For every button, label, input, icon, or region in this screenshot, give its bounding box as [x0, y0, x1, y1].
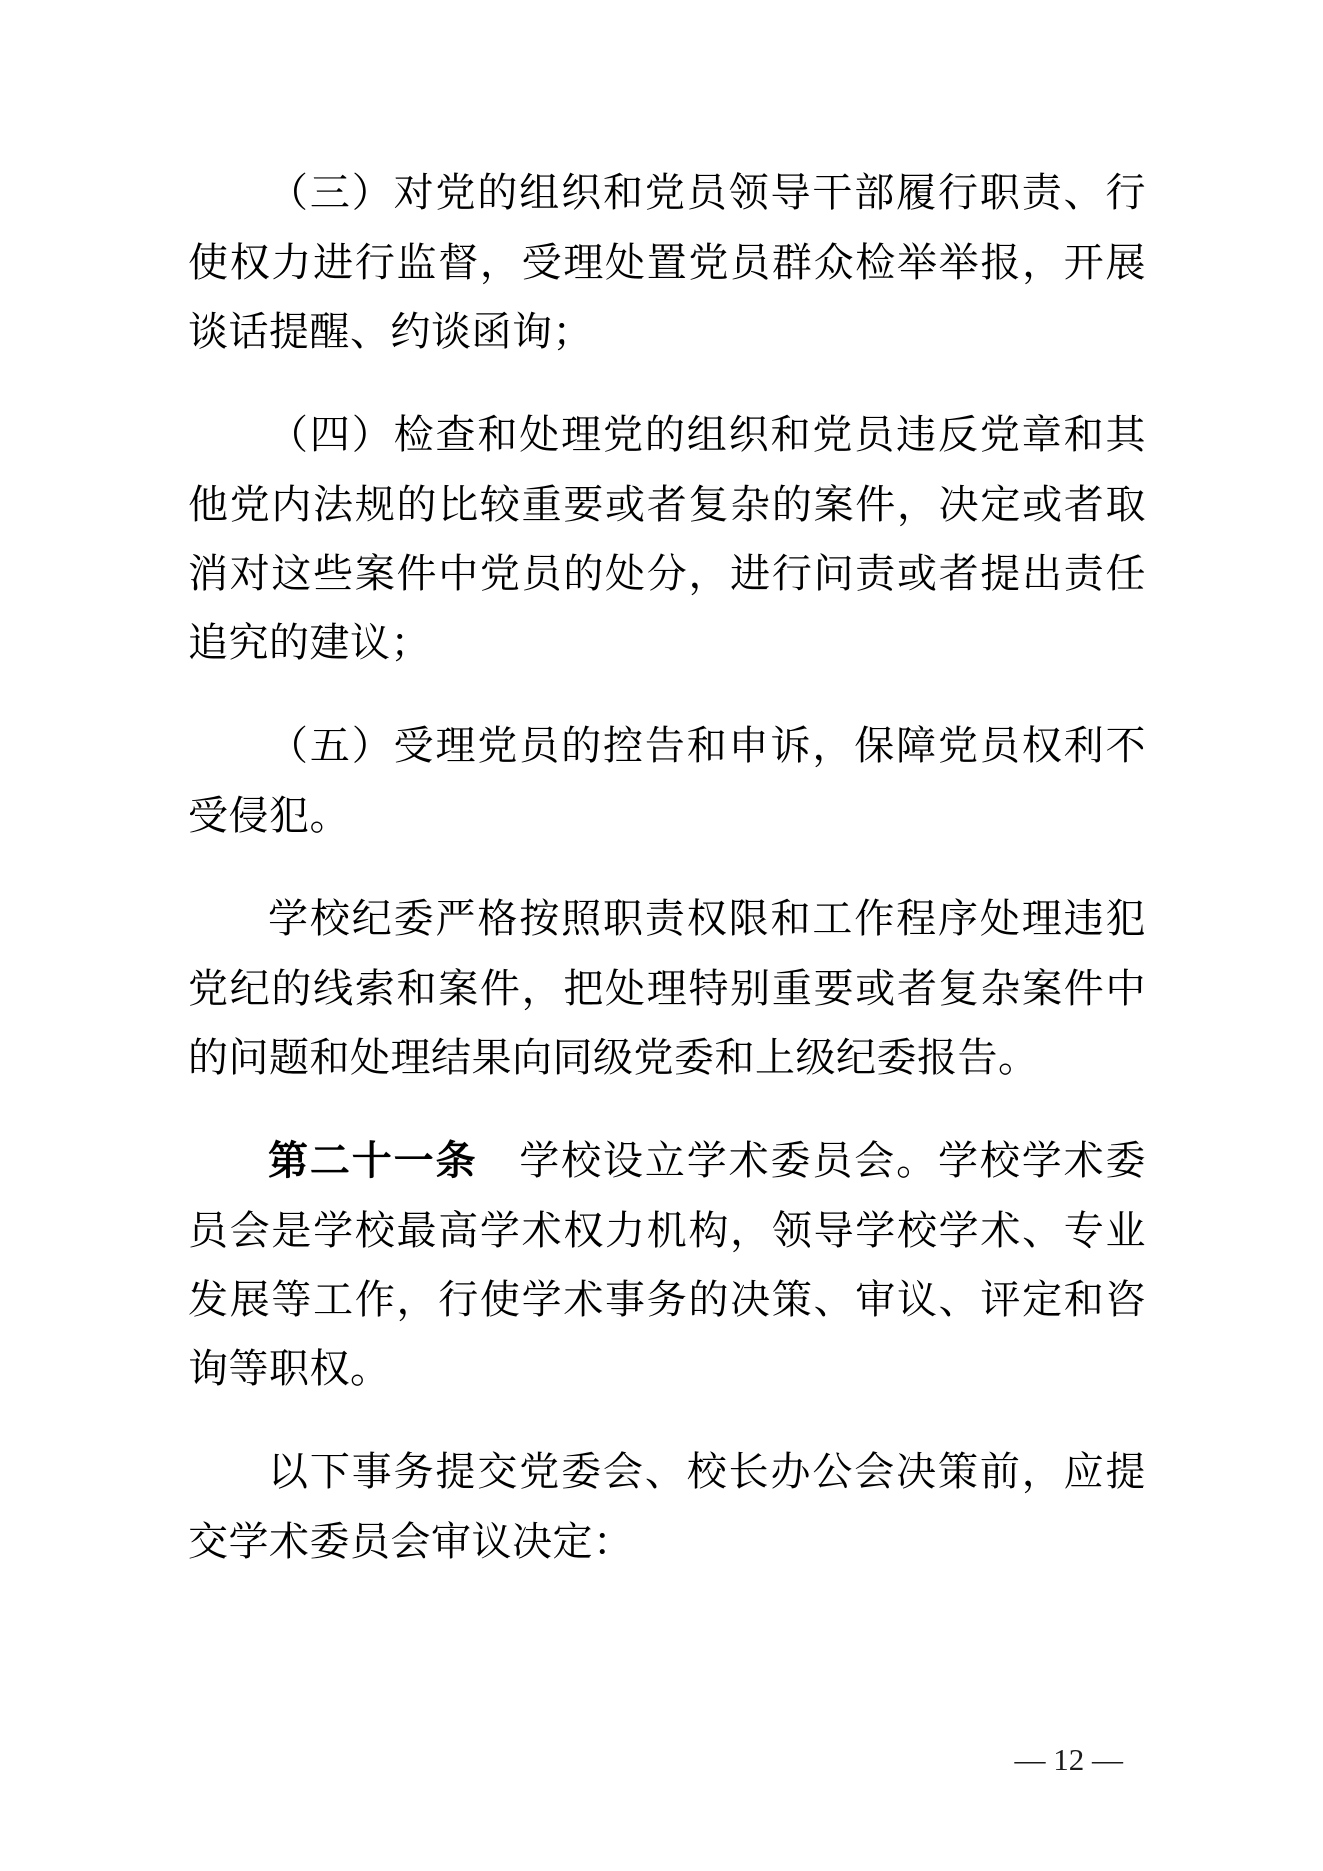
- page-number: — 12 —: [1015, 1742, 1124, 1778]
- paragraph-article-21: 第二十一条 学校设立学术委员会。学校学术委员会是学校最高学术权力机构，领导学校学…: [188, 1126, 1146, 1403]
- paragraph-text: （五）受理党员的控告和申诉，保障党员权利不受侵犯。: [188, 723, 1146, 838]
- article-number-label: 第二十一条: [268, 1139, 477, 1183]
- paragraph-text: 以下事务提交党委会、校长办公会决策前，应提交学术委员会审议决定：: [188, 1449, 1146, 1564]
- paragraph-item-5: （五）受理党员的控告和申诉，保障党员权利不受侵犯。: [188, 711, 1146, 850]
- paragraph-text: （三）对党的组织和党员领导干部履行职责、行使权力进行监督，受理处置党员群众检举举…: [188, 170, 1146, 354]
- paragraph-discipline-committee: 学校纪委严格按照职责权限和工作程序处理违犯党纪的线索和案件，把处理特别重要或者复…: [188, 884, 1146, 1092]
- document-page: （三）对党的组织和党员领导干部履行职责、行使权力进行监督，受理处置党员群众检举举…: [0, 0, 1323, 1871]
- paragraph-text: 学校纪委严格按照职责权限和工作程序处理违犯党纪的线索和案件，把处理特别重要或者复…: [188, 896, 1146, 1080]
- paragraph-item-3: （三）对党的组织和党员领导干部履行职责、行使权力进行监督，受理处置党员群众检举举…: [188, 158, 1146, 366]
- document-body: （三）对党的组织和党员领导干部履行职责、行使权力进行监督，受理处置党员群众检举举…: [188, 158, 1146, 1576]
- paragraph-academic-committee-intro: 以下事务提交党委会、校长办公会决策前，应提交学术委员会审议决定：: [188, 1437, 1146, 1576]
- paragraph-text: （四）检查和处理党的组织和党员违反党章和其他党内法规的比较重要或者复杂的案件，决…: [188, 412, 1146, 665]
- paragraph-item-4: （四）检查和处理党的组织和党员违反党章和其他党内法规的比较重要或者复杂的案件，决…: [188, 400, 1146, 677]
